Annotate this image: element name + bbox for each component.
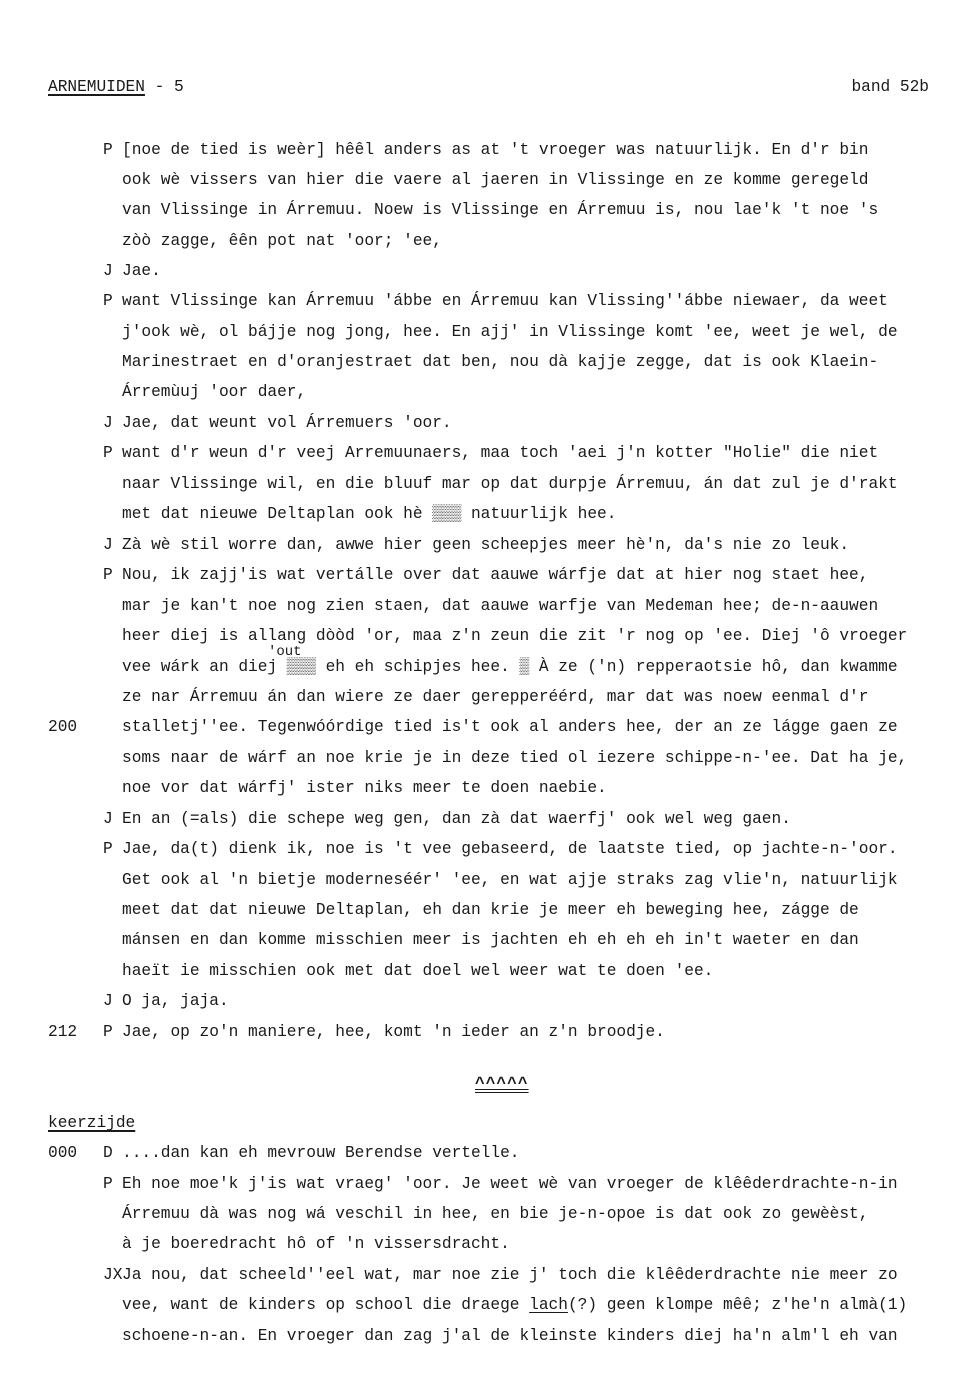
speaker-label: D [103,1143,113,1163]
line-number: 200 [48,717,77,737]
speaker-label: P [103,443,113,463]
transcript-line: ....dan kan eh mevrouw Berendse vertelle… [122,1143,519,1163]
transcript-line: Eh noe moe'k j'is wat vraeg' 'oor. Je we… [122,1174,898,1194]
transcript-line: ze nar Árremuu án dan wiere ze daer gere… [122,687,868,707]
transcript-line: Árremuu dà was nog wá veschil in hee, en… [122,1204,868,1224]
speaker-label: P [103,1022,113,1042]
transcript-line: zòò zagge, êên pot nat 'oor; 'ee, [122,231,442,251]
transcript-line: j'ook wè, ol bájje nog jong, hee. En ajj… [122,322,898,342]
transcript-line: stalletj''ee. Tegenwóórdige tied is't oo… [122,717,898,737]
transcript-line: Jae, da(t) dienk ik, noe is 't vee gebas… [122,839,898,859]
transcript-line: haeït ie misschien ook met dat doel wel … [122,961,713,981]
transcript-line: naar Vlissinge wil, en die bluuf mar op … [122,474,898,494]
transcript-line: Árremùuj 'oor daer, [122,382,306,402]
speaker-label: J [103,809,113,829]
transcript-line: soms naar de wárf an noe krie je in deze… [122,748,907,768]
page-number: - 5 [145,78,184,96]
transcript-text: vee, want de kinders op school die draeg… [122,1296,529,1314]
transcript-line: schoene-n-an. En vroeger dan zag j'al de… [122,1326,898,1346]
section-title: keerzijde [48,1113,135,1133]
transcript-line: van Vlissinge in Árremuu. Noew is Vlissi… [122,200,878,220]
transcript-line: mar je kan't noe nog zien staen, dat aau… [122,596,878,616]
transcript-line: Ja nou, dat scheeld''eel wat, mar noe zi… [122,1265,898,1285]
document-title: ARNEMUIDEN [48,78,145,96]
transcript-line: vee wárk an diej ▒▒▒ eh eh schipjes hee.… [122,657,898,677]
speaker-label: J [103,261,113,281]
speaker-label: J [103,535,113,555]
tape-label: band 52b [851,78,929,96]
transcript-line: Jae, dat weunt vol Árremuers 'oor. [122,413,452,433]
transcript-line: Zà wè stil worre dan, awwe hier geen sch… [122,535,849,555]
page-header-left: ARNEMUIDEN - 5 [48,78,184,96]
transcript-line: Marinestraet en d'oranjestraet dat ben, … [122,352,878,372]
speaker-label: JX [103,1265,122,1285]
transcript-line: want Vlissinge kan Árremuu 'ábbe en Árre… [122,291,888,311]
speaker-label: J [103,413,113,433]
transcript-line: heer diej is allang dòòd 'or, maa z'n ze… [122,626,907,646]
transcript-line: Get ook al 'n bietje moderneséér' 'ee, e… [122,870,898,890]
transcript-line: vee, want de kinders op school die draeg… [122,1295,907,1315]
transcript-line: Nou, ik zajj'is wat vertálle over dat aa… [122,565,868,585]
transcript-line: à je boeredracht hô of 'n vissersdracht. [122,1234,510,1254]
transcript-line: mánsen en dan komme misschien meer is ja… [122,930,859,950]
speaker-label: P [103,291,113,311]
transcript-text: (?) geen klompe mêê; z'he'n almà(1) [568,1296,907,1314]
transcript-line: meet dat dat nieuwe Deltaplan, eh dan kr… [122,900,859,920]
transcript-line: En an (=als) die schepe weg gen, dan zà … [122,809,791,829]
transcript-line: O ja, jaja. [122,991,229,1011]
line-number: 212 [48,1022,77,1042]
transcript-line: met dat nieuwe Deltaplan ook hè ▒▒▒ natu… [122,504,616,524]
underlined-word: lach [529,1296,568,1314]
speaker-label: J [103,991,113,1011]
speaker-label: P [103,1174,113,1194]
section-separator: ^^^^^ [475,1074,529,1094]
speaker-label: P [103,140,113,160]
speaker-label: P [103,839,113,859]
transcript-line: Jae, op zo'n maniere, hee, komt 'n ieder… [122,1022,665,1042]
transcript-line: [noe de tied is weèr] hêêl anders as at … [122,140,868,160]
transcript-line: Jae. [122,261,161,281]
line-number: 000 [48,1143,77,1163]
transcript-line: want d'r weun d'r veej Arremuunaers, maa… [122,443,878,463]
transcript-line: ook wè vissers van hier die vaere al jae… [122,170,868,190]
transcript-line: noe vor dat wárfj' ister niks meer te do… [122,778,607,798]
speaker-label: P [103,565,113,585]
